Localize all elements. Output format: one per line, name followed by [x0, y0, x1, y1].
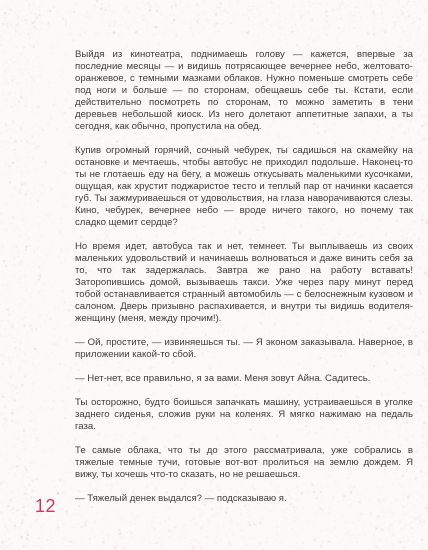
- page-text: Выйдя из кинотеатра, поднимаешь голову —…: [75, 49, 413, 505]
- book-page: Выйдя из кинотеатра, поднимаешь голову —…: [0, 0, 428, 550]
- paragraph: Купив огромный горячий, сочный чебурек, …: [75, 145, 413, 229]
- paragraph: Ты осторожно, будто боишься запачкать ма…: [75, 397, 413, 433]
- paragraph: — Ой, простите, — извиняешься ты. — Я эк…: [75, 337, 413, 361]
- paragraph: Те самые облака, что ты до этого рассмат…: [75, 445, 413, 481]
- paragraph: Выйдя из кинотеатра, поднимаешь голову —…: [75, 49, 413, 133]
- paragraph: Но время идет, автобуса так и нет, темне…: [75, 241, 413, 325]
- paragraph: — Нет-нет, все правильно, я за вами. Мен…: [75, 373, 413, 385]
- page-number: 12: [35, 497, 56, 515]
- paragraph: — Тяжелый денек выдался? — подсказываю я…: [75, 493, 413, 505]
